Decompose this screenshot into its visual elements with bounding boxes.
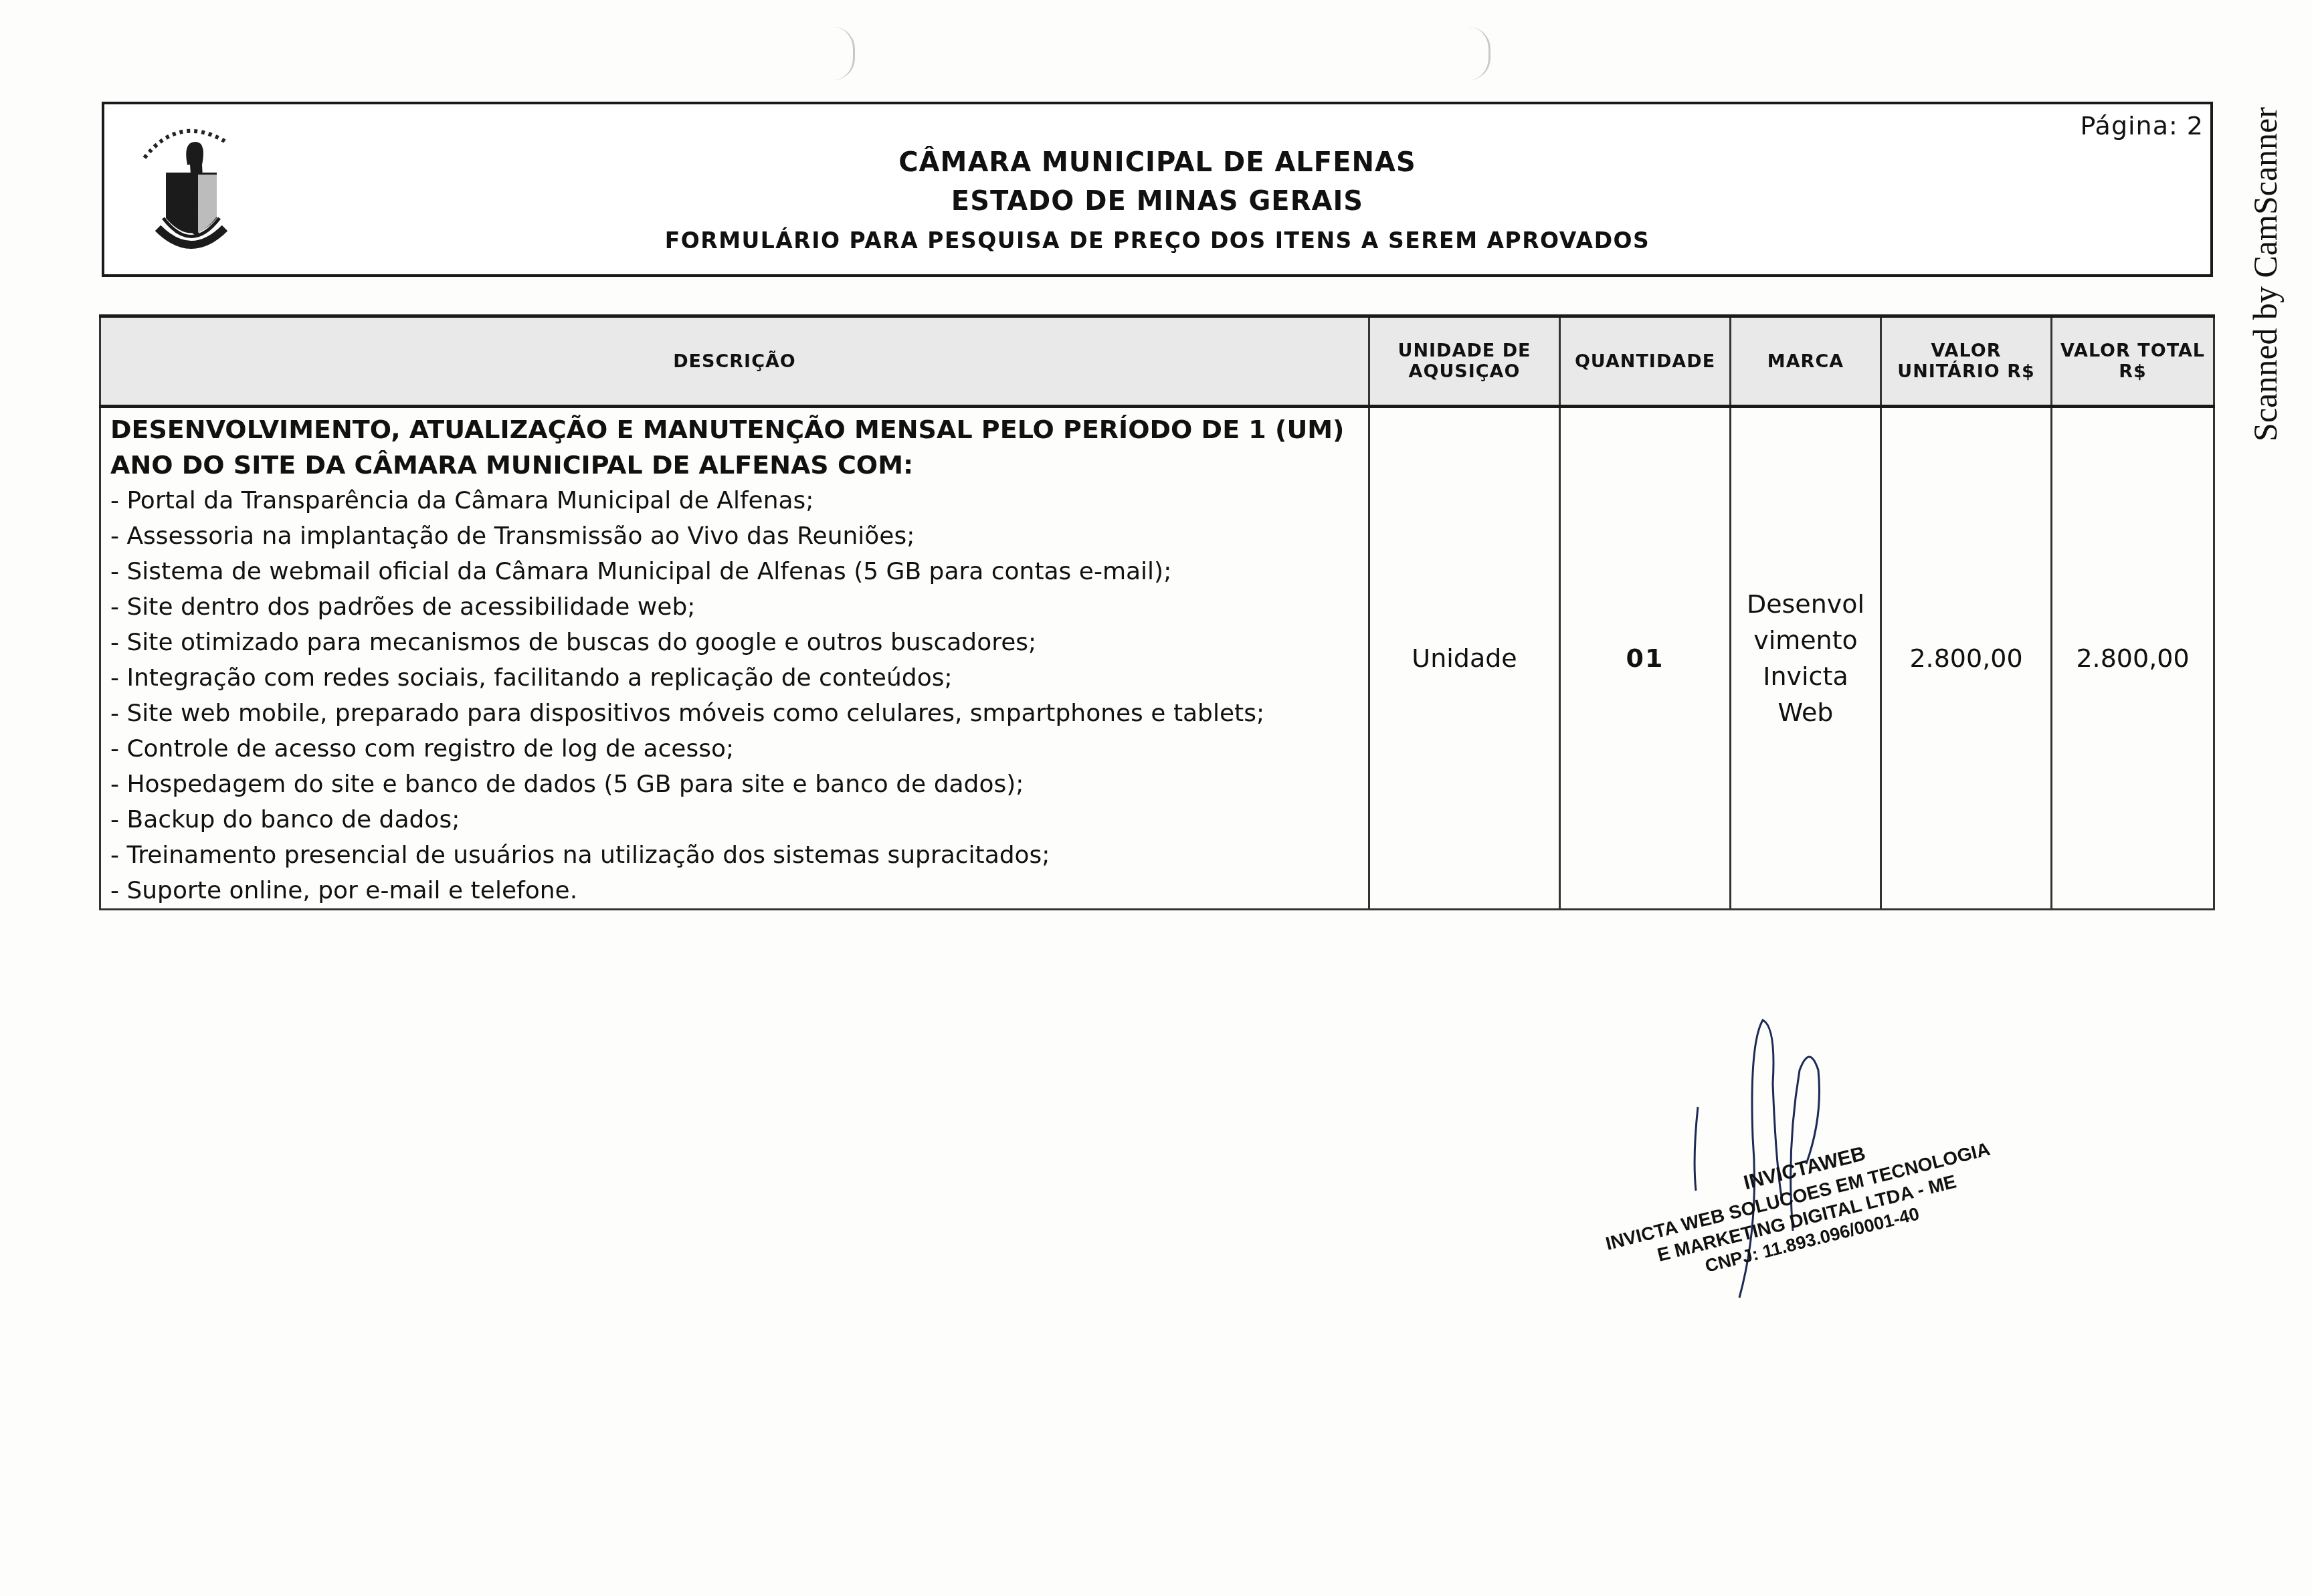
state-name: ESTADO DE MINAS GERAIS — [104, 182, 2210, 221]
page-number: Página: 2 — [2080, 111, 2204, 140]
document-header: CÂMARA MUNICIPAL DE ALFENAS ESTADO DE MI… — [102, 102, 2213, 277]
list-item: Site otimizado para mecanismos de buscas… — [110, 625, 1361, 660]
column-header-description: DESCRIÇÃO — [100, 316, 1369, 407]
brand-line: Desenvol — [1732, 586, 1879, 622]
total-price-cell: 2.800,00 — [2052, 407, 2214, 910]
company-stamp-signature: INVICTAWEB INVICTA WEB SOLUCOES EM TECNO… — [1592, 1003, 1994, 1311]
column-header-brand: MARCA — [1731, 316, 1881, 407]
brand-cell: Desenvol vimento Invicta Web — [1731, 407, 1881, 910]
unit-price-cell: 2.800,00 — [1881, 407, 2052, 910]
table-header-row: DESCRIÇÃO UNIDADE DE AQUSIÇAO QUANTIDADE… — [100, 316, 2214, 407]
list-item: Site web mobile, preparado para disposit… — [110, 696, 1361, 731]
column-header-unit: UNIDADE DE AQUSIÇAO — [1369, 316, 1560, 407]
list-item: Portal da Transparência da Câmara Munici… — [110, 483, 1361, 518]
list-item: Treinamento presencial de usuários na ut… — [110, 837, 1361, 873]
brand-line: Invicta — [1732, 658, 1879, 694]
description-title: DESENVOLVIMENTO, ATUALIZAÇÃO E MANUTENÇÃ… — [110, 412, 1361, 483]
institution-name: CÂMARA MUNICIPAL DE ALFENAS — [104, 143, 2210, 182]
description-items: Portal da Transparência da Câmara Munici… — [110, 483, 1361, 908]
company-stamp: INVICTAWEB INVICTA WEB SOLUCOES EM TECNO… — [1597, 1113, 1994, 1298]
list-item: Controle de acesso com registro de log d… — [110, 731, 1361, 767]
camscanner-watermark: Scanned by CamScanner — [2246, 107, 2285, 441]
column-header-quantity: QUANTIDADE — [1560, 316, 1731, 407]
quantity-cell: 01 — [1560, 407, 1731, 910]
price-survey-table: DESCRIÇÃO UNIDADE DE AQUSIÇAO QUANTIDADE… — [99, 314, 2215, 910]
list-item: Site dentro dos padrões de acessibilidad… — [110, 589, 1361, 625]
table-row: DESENVOLVIMENTO, ATUALIZAÇÃO E MANUTENÇÃ… — [100, 407, 2214, 910]
list-item: Backup do banco de dados; — [110, 802, 1361, 837]
brand-line: vimento — [1732, 622, 1879, 658]
punch-hole-mark — [1468, 27, 1490, 80]
brand-line: Web — [1732, 694, 1879, 730]
description-cell: DESENVOLVIMENTO, ATUALIZAÇÃO E MANUTENÇÃ… — [100, 407, 1369, 910]
punch-hole-mark — [833, 27, 855, 80]
list-item: Assessoria na implantação de Transmissão… — [110, 518, 1361, 554]
list-item: Hospedagem do site e banco de dados (5 G… — [110, 767, 1361, 802]
column-header-total-price: VALOR TOTAL R$ — [2052, 316, 2214, 407]
column-header-unit-price: VALOR UNITÁRIO R$ — [1881, 316, 2052, 407]
list-item: Suporte online, por e-mail e telefone. — [110, 873, 1361, 908]
list-item: Integração com redes sociais, facilitand… — [110, 660, 1361, 696]
unit-cell: Unidade — [1369, 407, 1560, 910]
list-item: Sistema de webmail oficial da Câmara Mun… — [110, 554, 1361, 589]
form-title: FORMULÁRIO PARA PESQUISA DE PREÇO DOS IT… — [104, 221, 2210, 261]
